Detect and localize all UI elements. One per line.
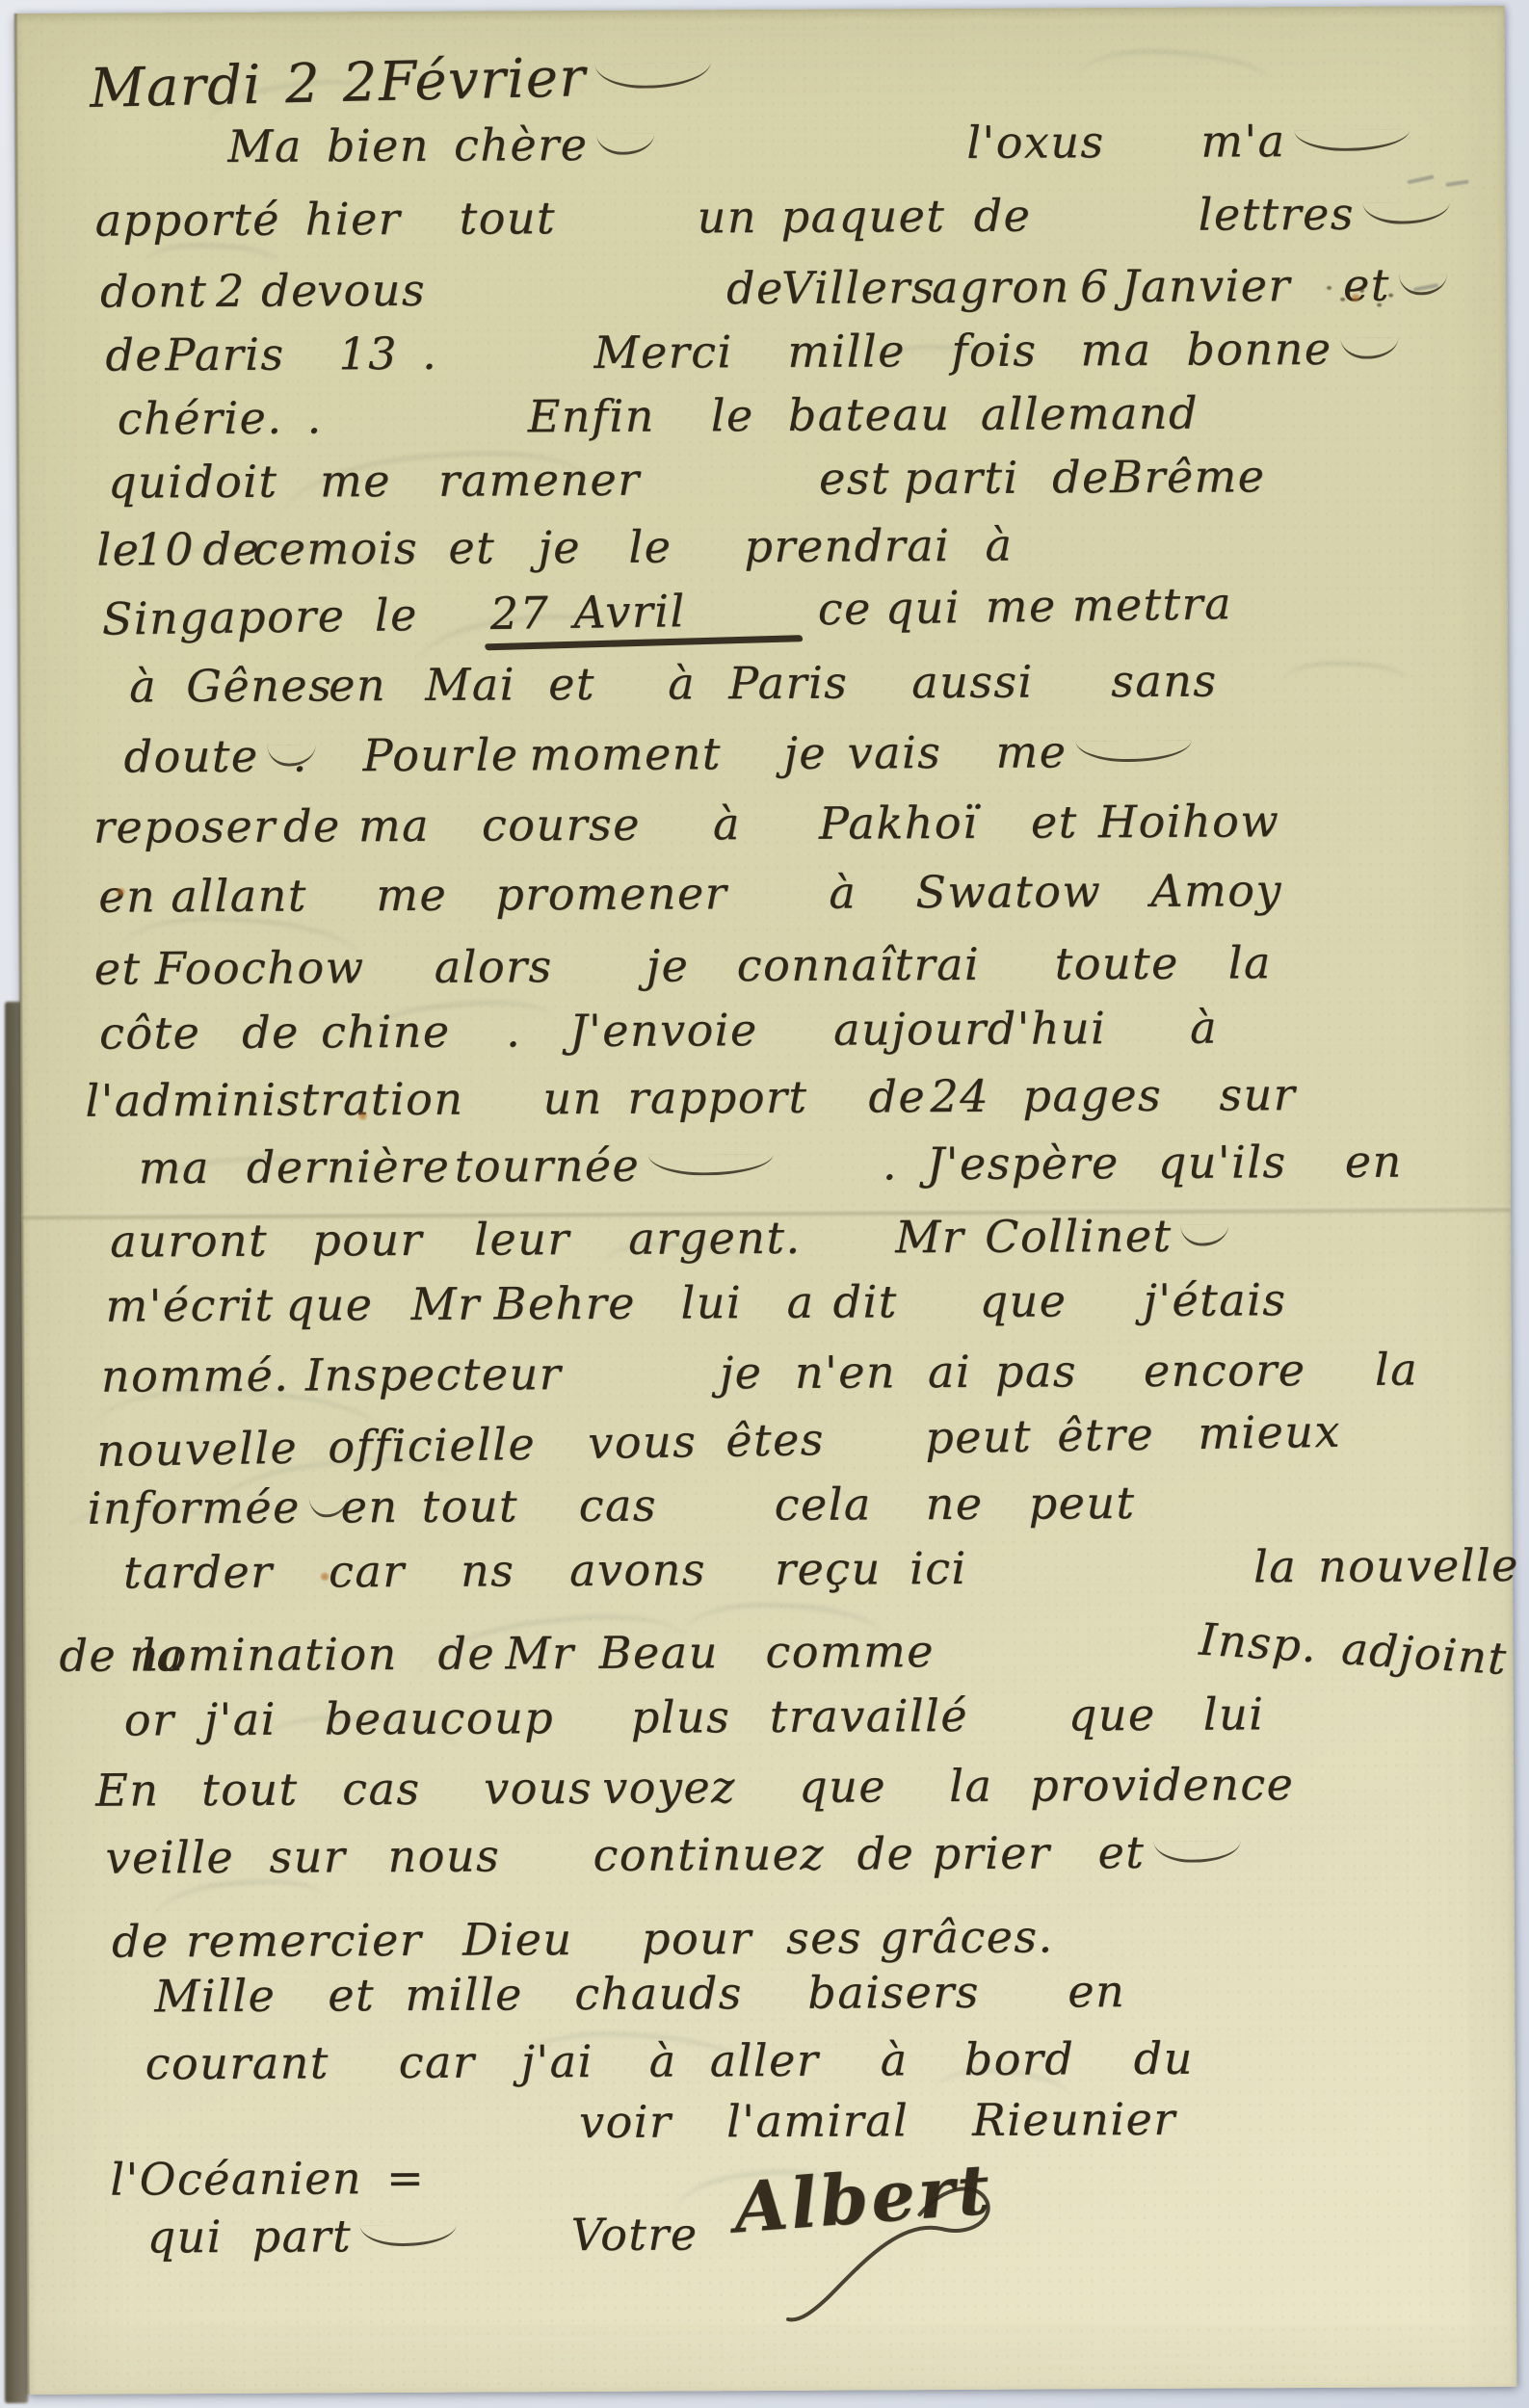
handwritten-text: l'amiral (726, 2094, 909, 2147)
handwritten-text: parti (904, 452, 1019, 505)
handwritten-text: Villers (781, 261, 936, 314)
letter-line: àGênesenMaietàParisaussisans (1, 653, 1529, 722)
handwritten-text: nomination (129, 1628, 398, 1681)
letter-line: chérie. .Enfinlebateauallemand (0, 385, 1529, 455)
handwritten-text: m'écrit (105, 1279, 274, 1332)
handwritten-text: a (786, 1276, 814, 1328)
ink-speck (1359, 289, 1364, 293)
handwritten-text: j'étais (1143, 1273, 1286, 1326)
handwritten-text: rapport (627, 1071, 807, 1124)
handwritten-text: peut (925, 1410, 1033, 1464)
letter-line: tardercarnsavonsreçuicilanouvelle (6, 1539, 1529, 1609)
handwritten-text: Foochow (155, 941, 365, 994)
handwritten-text: tout (460, 192, 557, 245)
handwritten-text: fois (951, 325, 1037, 377)
handwritten-text: chine (321, 1006, 451, 1059)
handwritten-text: comme (765, 1625, 935, 1678)
handwritten-text: peut (1029, 1477, 1136, 1530)
handwritten-text: Brême (1110, 450, 1266, 503)
handwritten-text: part (251, 2210, 457, 2263)
handwritten-text: je (783, 727, 827, 779)
pencil-offset-mark (1445, 180, 1468, 187)
handwritten-text: Mai (425, 658, 515, 710)
letter-line: orj'aibeaucoupplustravailléquelui (7, 1687, 1529, 1756)
handwritten-text: 13 . (338, 327, 437, 380)
handwritten-text: la (1228, 936, 1272, 988)
handwritten-text: mettra (1071, 577, 1232, 631)
handwritten-text: bord (964, 2032, 1075, 2085)
handwritten-text: à (668, 657, 696, 709)
bleed-through-marks (0, 0, 1526, 4)
letter-line: Mardi22Février (0, 25, 1527, 121)
handwritten-text: agron (932, 260, 1070, 313)
handwritten-text: mille (787, 325, 906, 378)
handwritten-text: de (283, 799, 341, 851)
ink-speck (1327, 286, 1331, 290)
handwritten-text: Gênes (186, 659, 332, 712)
handwritten-text: dit (832, 1275, 897, 1327)
handwritten-text: ce (817, 582, 872, 635)
handwritten-text: Swatow (915, 865, 1101, 918)
handwritten-text: le (96, 523, 140, 575)
handwritten-text: de (112, 1915, 170, 1967)
handwritten-text: bateau (788, 388, 951, 441)
handwritten-text: J'espère (927, 1137, 1120, 1190)
handwritten-text: un (542, 1072, 603, 1124)
handwritten-text: ma (1080, 324, 1151, 376)
handwritten-text: Rieunier (972, 2093, 1176, 2146)
handwritten-text: beaucoup (325, 1691, 555, 1744)
handwritten-text: promener (495, 867, 727, 920)
letter-line: doute.Pourlemomentjevaisme (1, 723, 1529, 793)
handwritten-text: en (1345, 1136, 1403, 1188)
handwritten-text: Hoihow (1098, 795, 1279, 848)
handwritten-text: le (475, 728, 518, 780)
handwritten-text: chauds (574, 1967, 743, 2020)
handwritten-text: moment (529, 727, 722, 780)
letter-line: Milleetmillechaudsbaisersen (8, 1963, 1529, 2032)
handwritten-text: Insp. adjoint (1198, 1613, 1509, 1686)
handwritten-text: vais (847, 726, 941, 779)
handwritten-text: veille (105, 1831, 234, 1884)
handwritten-text: et (448, 521, 495, 573)
handwritten-text: Dieu (462, 1913, 573, 1966)
handwritten-text: paquet (781, 190, 946, 243)
handwritten-text: Votre (570, 2208, 698, 2261)
handwritten-text: Mr (895, 1211, 964, 1263)
handwritten-text: ses (786, 1911, 862, 1963)
handwritten-text: reçu (775, 1542, 882, 1595)
handwritten-text: hier (305, 193, 402, 246)
paper-stains (0, 0, 1526, 4)
handwritten-text: la (949, 1760, 992, 1812)
handwritten-text: vous (484, 1762, 593, 1815)
handwritten-text: tout (422, 1479, 519, 1532)
handwritten-text: de (974, 190, 1032, 242)
handwritten-text: lettres (1199, 187, 1451, 240)
handwritten-text: de (868, 1070, 926, 1122)
handwritten-text: qui (884, 581, 961, 634)
handwritten-text: tournée (455, 1139, 775, 1192)
handwritten-text: dernière (247, 1140, 451, 1193)
handwritten-text: argent. (628, 1212, 802, 1265)
handwritten-text: ma (358, 799, 430, 851)
handwritten-text: Janvier (1121, 259, 1291, 312)
handwritten-text: 27 Avril (489, 585, 686, 640)
handwritten-text: reposer (93, 800, 277, 853)
handwritten-text: un (698, 191, 758, 243)
handwritten-text: connaîtrai (737, 938, 981, 991)
handwritten-text: l'Océanien = (110, 2152, 425, 2206)
letter-line: Entoutcasvousvoyezquelaprovidence (7, 1757, 1529, 1826)
ink-speck (1377, 303, 1382, 307)
handwritten-text: lui (680, 1276, 742, 1328)
handwritten-text: que (799, 1760, 886, 1812)
handwritten-text: auront (110, 1215, 268, 1268)
handwritten-text: 24 (930, 1070, 989, 1122)
handwritten-text: qui (108, 456, 184, 508)
handwritten-text: et (94, 942, 142, 994)
handwritten-text: ai (928, 1346, 971, 1398)
handwritten-text: sans (1111, 655, 1218, 708)
handwritten-text: Collinet (985, 1209, 1229, 1262)
handwritten-text: qu'ils (1158, 1136, 1287, 1189)
handwritten-text: à (649, 2034, 677, 2086)
letter-paper: Mardi22FévrierMa bien chèrel'oxusm'aappo… (15, 6, 1517, 2395)
handwritten-text: courant (145, 2036, 330, 2089)
handwritten-text: aussi (911, 656, 1034, 709)
letter-line: l'administrationunrapportde24pagessur (3, 1067, 1529, 1137)
handwritten-text: m'a (1200, 114, 1410, 167)
handwritten-text: de (261, 264, 319, 316)
foxing-stain (116, 887, 125, 896)
handwritten-text: j'ai (521, 2035, 593, 2087)
ink-speck (1388, 294, 1393, 298)
handwritten-text: de (202, 523, 260, 575)
handwritten-text: ce (252, 522, 306, 574)
handwritten-text: course (482, 798, 641, 851)
photo-scene: Mardi22FévrierMa bien chèrel'oxusm'aappo… (0, 0, 1529, 2408)
handwriting-layer: Mardi22FévrierMa bien chèrel'oxusm'aappo… (0, 0, 1526, 4)
handwritten-text: à (829, 867, 857, 919)
handwritten-text: le (711, 389, 754, 441)
letter-line: aurontpourleurargent.MrCollinet (4, 1208, 1529, 1277)
pencil-offset-mark (1407, 174, 1434, 184)
handwritten-text: dont (100, 265, 208, 318)
handwritten-text: nouvelle (1318, 1539, 1519, 1592)
handwritten-text: nous (387, 1829, 500, 1882)
handwritten-text: le (628, 521, 672, 573)
handwritten-text: de (437, 1627, 495, 1679)
letter-line: veillesurnouscontinuezdeprieret (7, 1824, 1529, 1894)
handwritten-text: que (1068, 1688, 1156, 1741)
handwritten-text: avons (569, 1543, 706, 1596)
handwritten-text: mieux (1198, 1405, 1341, 1459)
handwritten-text: Merci (593, 326, 733, 379)
handwritten-text: et (548, 658, 595, 710)
handwritten-text: doute (123, 729, 315, 782)
handwritten-text: à (713, 798, 741, 850)
handwritten-text: bonne (1186, 323, 1398, 376)
letter-line: m'écritqueMrBehreluiaditquej'étais (4, 1272, 1529, 1342)
handwritten-text: ma (139, 1141, 210, 1193)
handwritten-text: encore (1144, 1344, 1306, 1397)
handwritten-text: providence (1030, 1758, 1294, 1811)
handwritten-text: 10 (135, 523, 195, 575)
handwritten-text: travaillé (770, 1689, 968, 1742)
foxing-stain (358, 1112, 368, 1120)
handwritten-text: je (646, 939, 690, 991)
handwritten-text: de (857, 1827, 914, 1879)
handwritten-text: en (98, 870, 156, 922)
handwritten-text: cas (342, 1763, 421, 1815)
handwritten-text: allemand (981, 387, 1199, 440)
handwritten-text: cela (775, 1478, 872, 1531)
handwritten-text: sur (1219, 1068, 1296, 1120)
handwritten-text: je (538, 521, 581, 573)
letter-line: madernièretournée.J'espèrequ'ilsen (4, 1135, 1529, 1204)
handwritten-text: Paris (728, 657, 848, 710)
letter-line: de lanominationdeMr BeaucommeInsp. adjoi… (6, 1622, 1529, 1691)
handwritten-text: nouvelle (96, 1422, 299, 1477)
handwritten-text: de (1052, 451, 1110, 503)
handwritten-text: chérie. . (118, 391, 323, 444)
handwritten-text: Mardi (89, 54, 262, 120)
handwritten-text: côte (99, 1007, 200, 1060)
letter-line: reposerdemacourseàPakhoïetHoihow (2, 794, 1529, 863)
handwritten-text: me (376, 869, 447, 921)
handwritten-text: tout (201, 1764, 299, 1817)
handwritten-text: lui (1203, 1688, 1265, 1740)
handwritten-text: mille (405, 1968, 523, 2021)
handwritten-text: pour (642, 1912, 752, 1965)
handwritten-text: nommé. (101, 1349, 290, 1402)
handwritten-text: et (1097, 1825, 1240, 1878)
letter-line: deParis13 .Mercimillefoismabonne (0, 322, 1529, 391)
handwritten-text: que (285, 1278, 373, 1330)
handwritten-text: Behre (493, 1277, 636, 1330)
handwritten-text: que (979, 1274, 1067, 1326)
handwritten-text: me (320, 455, 391, 507)
handwritten-text: et (1031, 796, 1078, 848)
handwritten-text: Enfin (528, 390, 655, 443)
foxing-stain (320, 1572, 330, 1581)
handwritten-text: 2 (216, 265, 246, 317)
handwritten-text: la (1375, 1343, 1418, 1395)
handwritten-text: car (329, 1545, 406, 1597)
handwritten-text: En (95, 1764, 160, 1816)
handwritten-text: en (329, 659, 386, 711)
handwritten-text: doit (185, 456, 278, 509)
handwritten-text: êtes (725, 1413, 825, 1467)
handwritten-text: de (242, 1007, 300, 1059)
handwritten-text: pour (312, 1214, 423, 1267)
handwritten-text: Mr Beau (505, 1626, 719, 1679)
handwritten-text: l'administration (85, 1073, 463, 1127)
handwritten-text: j'ai (204, 1693, 277, 1745)
handwritten-text: alors (435, 940, 553, 993)
handwritten-text: Singapore (101, 589, 345, 645)
handwritten-text: toute (1055, 937, 1179, 990)
handwritten-text: leur (474, 1213, 570, 1266)
handwritten-text: est (819, 452, 890, 504)
handwritten-text: . (292, 729, 307, 781)
handwritten-text: grâces. (880, 1910, 1054, 1963)
handwritten-text: J'envoie (569, 1004, 758, 1057)
handwritten-text: voir (579, 2096, 672, 2149)
handwritten-text: en (1068, 1965, 1125, 2017)
handwritten-text: je (720, 1347, 763, 1399)
handwritten-text: ns (461, 1544, 515, 1596)
handwritten-text: aujourd'hui (833, 1002, 1106, 1055)
handwritten-text: Février (378, 43, 711, 114)
foxing-stain (1351, 294, 1360, 302)
letter-line: côtedechine.J'envoieaujourd'huià (3, 1000, 1529, 1069)
handwritten-text: n'en (795, 1346, 896, 1399)
handwritten-text: qui (146, 2211, 223, 2263)
letter-line: nommé.Inspecteurjen'enaipasencorela (5, 1343, 1529, 1412)
handwritten-text: du (1134, 2032, 1194, 2084)
handwritten-text: continuez (593, 1828, 825, 1881)
letter-line: etFoochowalorsjeconnaîtraitoutela (3, 935, 1529, 1005)
handwritten-text: voyez (602, 1761, 736, 1814)
handwritten-text: Paris (165, 328, 284, 381)
handwritten-text: à (985, 519, 1013, 571)
letter-line: quidoitmeramenerestpartideBrême (0, 449, 1529, 518)
handwritten-text: or (124, 1693, 175, 1745)
ink-speck (1340, 298, 1345, 301)
handwritten-text: Ma bien chère (227, 118, 654, 172)
handwritten-text: à (129, 660, 157, 712)
letter-line: dont2devousdeVillersagron6Janvieret (0, 258, 1528, 327)
handwritten-text: cas (579, 1479, 658, 1531)
handwritten-text: 6 (1080, 260, 1110, 312)
letter-line: informéeentoutcascelanepeut (6, 1475, 1529, 1544)
handwritten-text: en (341, 1480, 399, 1532)
handwritten-text: à (881, 2033, 909, 2085)
handwritten-text: ramener (438, 454, 641, 507)
handwritten-text: remercier (186, 1914, 423, 1967)
handwritten-text: de (105, 328, 163, 380)
handwritten-text: officielle (328, 1418, 537, 1473)
handwritten-text: prendrai (744, 519, 950, 572)
handwritten-text: vous (317, 264, 426, 317)
handwritten-text: pas (995, 1345, 1077, 1397)
handwritten-text: prier (932, 1826, 1050, 1879)
handwritten-text: Mr (410, 1278, 480, 1330)
handwritten-text: Amoy (1150, 864, 1282, 917)
handwritten-text: aller (710, 2034, 820, 2087)
letter-line: Ma bien chèrel'oxusm'a (0, 114, 1527, 183)
handwritten-text: de (726, 262, 784, 314)
handwritten-text: allant (171, 869, 307, 922)
handwritten-text: la (1253, 1540, 1297, 1592)
handwritten-text: . (883, 1138, 898, 1190)
handwritten-text: plus (631, 1690, 731, 1743)
handwritten-text: apporté (95, 194, 280, 247)
handwritten-text: mois (306, 522, 418, 575)
handwritten-text: le (374, 589, 418, 641)
handwritten-text: ne (926, 1478, 984, 1530)
handwritten-text: informée (88, 1480, 348, 1533)
handwritten-text: Pour (362, 729, 473, 782)
letter-line: courantcarj'aiàalleràborddu (9, 2030, 1529, 2100)
handwritten-text: Pakhoï (819, 797, 978, 850)
letter-line: apportéhiertoutunpaquetdelettres (0, 187, 1528, 256)
handwritten-text: me (995, 725, 1191, 778)
handwritten-text: vous (588, 1415, 698, 1469)
letter-line: enallantmepromeneràSwatowAmoy (2, 863, 1529, 932)
handwritten-text: l'oxus (966, 116, 1105, 169)
handwritten-text: et (328, 1969, 375, 2021)
handwritten-text: . (506, 1005, 521, 1057)
signature-flourish-icon (683, 2161, 1012, 2375)
handwritten-text: me (985, 580, 1057, 633)
handwritten-text: Mille (154, 1970, 276, 2023)
handwritten-text: tarder (123, 1546, 274, 1599)
handwritten-text: car (399, 2036, 476, 2088)
handwritten-text: baisers (807, 1966, 980, 2019)
handwritten-text: ici (909, 1542, 967, 1594)
handwritten-text: à (1190, 1002, 1218, 1054)
handwritten-text: sur (269, 1830, 346, 1882)
handwritten-text: Inspecteur (305, 1348, 562, 1400)
handwritten-text: pages (1022, 1069, 1162, 1122)
handwritten-text: être (1057, 1408, 1155, 1462)
